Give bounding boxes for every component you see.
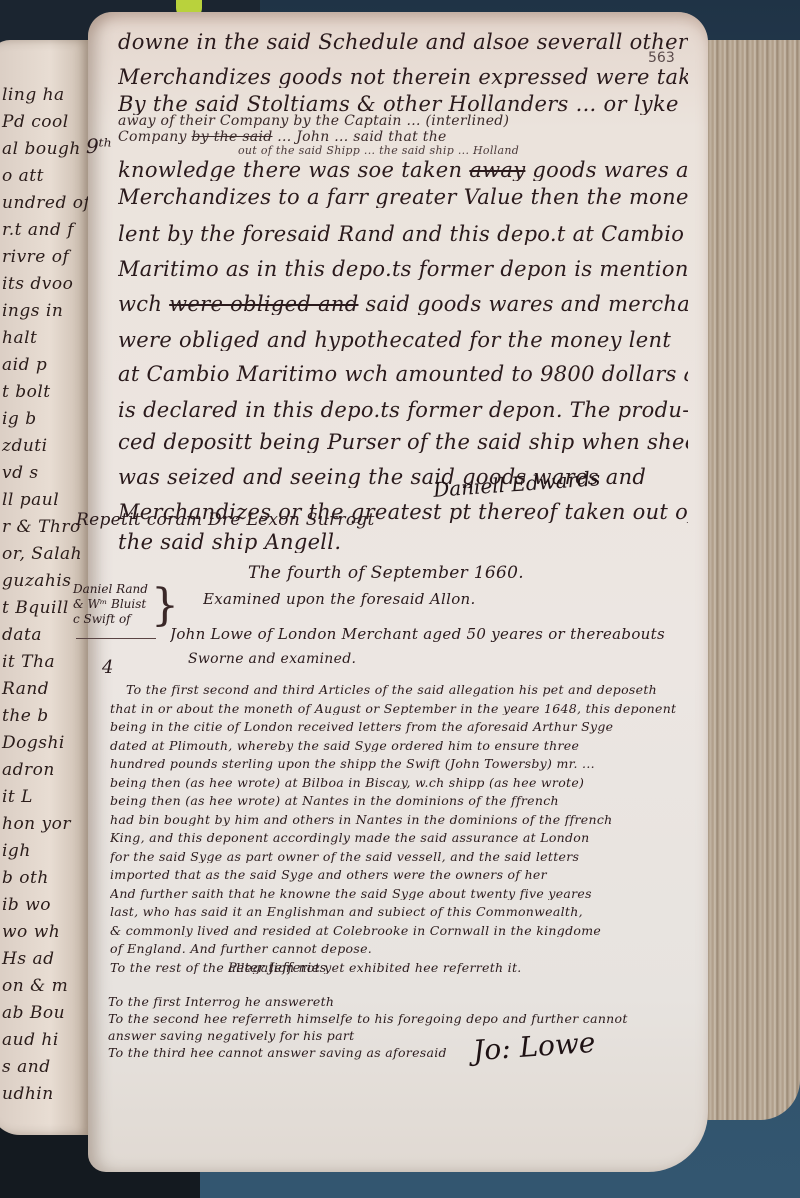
left-page-text-fragment: ll paul [2, 490, 59, 510]
manuscript-line: the said ship Angell. [118, 532, 688, 553]
left-page-text-fragment: zduti [2, 436, 48, 456]
repetition-line: Repetit coram Dre Lexon Surrogt [76, 512, 646, 529]
manuscript-line: is declared in this depo.ts former depon… [118, 400, 688, 421]
deposition-line: for the said Syge as part owner of the s… [110, 851, 690, 864]
left-page-text-fragment: Rand [2, 679, 49, 699]
left-page-text-fragment: t Bquill [2, 598, 69, 618]
deposition-line: being in the citie of London received le… [110, 721, 690, 734]
left-page-text-fragment: on & m [2, 976, 68, 996]
left-page-text-fragment: guzahis [2, 571, 72, 591]
struck-text: by the said [192, 130, 273, 144]
left-page-text-fragment: aid p [2, 355, 47, 375]
left-page-text-fragment: the b [2, 706, 49, 726]
left-page-text-fragment: rivre of [2, 247, 69, 267]
left-page-text-fragment: s and [2, 1057, 51, 1077]
left-page-text-fragment: hon yor [2, 814, 71, 834]
deposition-line: being then (as hee wrote) at Bilboa in B… [110, 777, 690, 790]
manuscript-line: ced depositt being Purser of the said sh… [118, 432, 688, 453]
left-page-text-fragment: r & Thro [2, 517, 81, 537]
left-page-text-fragment: ings in [2, 301, 63, 321]
manuscript-line: lent by the foresaid Rand and this depo.… [118, 224, 688, 245]
interrogatory-line: To the first Interrog he answereth [108, 996, 448, 1009]
deposition-line: last, who has said it an Englishman and … [110, 906, 690, 919]
margin-note-top: 9ᵗʰ [86, 134, 112, 158]
witness-intro-1: John Lowe of London Merchant aged 50 yea… [170, 627, 740, 642]
deposition-line: And further saith that he knowne the sai… [110, 888, 690, 901]
left-page-text-fragment: b oth [2, 868, 49, 888]
signature-peter-jefferies: Peter Jefferies [228, 962, 798, 975]
left-page-text-fragment: it L [2, 787, 33, 807]
manuscript-line: was seized and seeing the said goods war… [118, 467, 688, 488]
left-page-text-fragment: Dogshi [2, 733, 65, 753]
manuscript-line: Company by the said ... John ... said th… [118, 130, 688, 144]
manuscript-page: 563 9ᵗʰ downe in the said Schedule and a… [88, 12, 708, 1172]
deposition-line: had bin bought by him and others in Nant… [110, 814, 690, 827]
manuscript-line: Merchandizes to a farr greater Value the… [118, 187, 688, 208]
left-page-text-fragment: its dvoo [2, 274, 73, 294]
left-page-text-fragment: aud hi [2, 1030, 59, 1050]
deposition-line: that in or about the moneth of August or… [110, 703, 690, 716]
manuscript-line: downe in the said Schedule and alsoe sev… [118, 32, 688, 53]
left-page-text-fragment: adron [2, 760, 55, 780]
manuscript-line: knowledge there was soe taken away goods… [118, 160, 688, 181]
session-heading: The fourth of September 1660. [248, 565, 800, 582]
deposition-line: dated at Plimouth, whereby the said Syge… [110, 740, 690, 753]
manuscript-line: at Cambio Maritimo wch amounted to 9800 … [118, 364, 688, 385]
manuscript-line: out of the said Shipp ... the said ship … [238, 145, 800, 156]
deposition-line: being then (as hee wrote) at Nantes in t… [110, 795, 690, 808]
left-page-text-fragment: data [2, 625, 42, 645]
left-page-text-fragment: vd s [2, 463, 39, 483]
deposition-line: King, and this deponent accordingly made… [110, 832, 690, 845]
deposition-line: & commonly lived and resided at Colebroo… [110, 925, 690, 938]
interrogatory-line: To the second hee referreth himselfe to … [108, 1013, 668, 1026]
left-page-text-fragment: ling ha [2, 85, 65, 105]
deposition-line: imported that as the said Syge and other… [110, 869, 690, 882]
left-page-text-fragment: ab Bou [2, 1003, 65, 1023]
left-page-text-fragment: Pd cool [2, 112, 69, 132]
side-note-1: Daniel Rand [73, 582, 148, 596]
manuscript-line: Merchandizes goods not therein expressed… [118, 67, 688, 88]
side-note-3: c Swift of [73, 612, 131, 626]
left-page-text-fragment: or, Salah [2, 544, 82, 564]
left-page-text-fragment: r.t and f [2, 220, 74, 240]
manuscript-line: wch were obliged and said goods wares an… [118, 294, 688, 315]
witness-intro-2: Sworne and examined. [188, 652, 758, 666]
struck-text: away [469, 160, 525, 181]
left-page-text-fragment: Hs ad [2, 949, 54, 969]
witness-number: 4 [102, 657, 113, 678]
signature-jo-lowe: Jo: Lowe [472, 1026, 596, 1067]
left-page-text-fragment: t bolt [2, 382, 51, 402]
left-page-text-fragment: igh [2, 841, 31, 861]
left-page-text-fragment: it Tha [2, 652, 55, 672]
side-note-brace: } [151, 580, 179, 631]
side-note-rule [76, 638, 156, 639]
interrogatory-line: To the third hee cannot answer saving as… [108, 1047, 448, 1060]
manuscript-line: Maritimo as in this depo.ts former depon… [118, 259, 688, 280]
examined-line: Examined upon the foresaid Allon. [203, 592, 773, 607]
struck-text: were obliged and [169, 294, 358, 315]
left-page-text-fragment: ig b [2, 409, 37, 429]
left-page-text-fragment: halt [2, 328, 37, 348]
deposition-line: To the first second and third Articles o… [126, 684, 706, 697]
left-page-text-fragment: udhin [2, 1084, 54, 1104]
left-page-text-fragment: o att [2, 166, 44, 186]
manuscript-line: away of their Company by the Captain ...… [118, 114, 688, 128]
side-note-2: & Wᵐ Bluist [73, 597, 146, 611]
left-page-text-fragment: ib wo [2, 895, 51, 915]
left-page-text-fragment: undred of [2, 193, 90, 213]
manuscript-line: By the said Stoltiams & other Hollanders… [118, 94, 688, 115]
deposition-line: of England. And further cannot depose. [110, 943, 690, 956]
left-page-text-fragment: al bough [2, 139, 81, 159]
deposition-line: hundred pounds sterling upon the shipp t… [110, 758, 690, 771]
interrogatory-line: answer saving negatively for his part [108, 1030, 448, 1043]
left-page-text-fragment: wo wh [2, 922, 60, 942]
manuscript-line: were obliged and hypothecated for the mo… [118, 330, 688, 351]
